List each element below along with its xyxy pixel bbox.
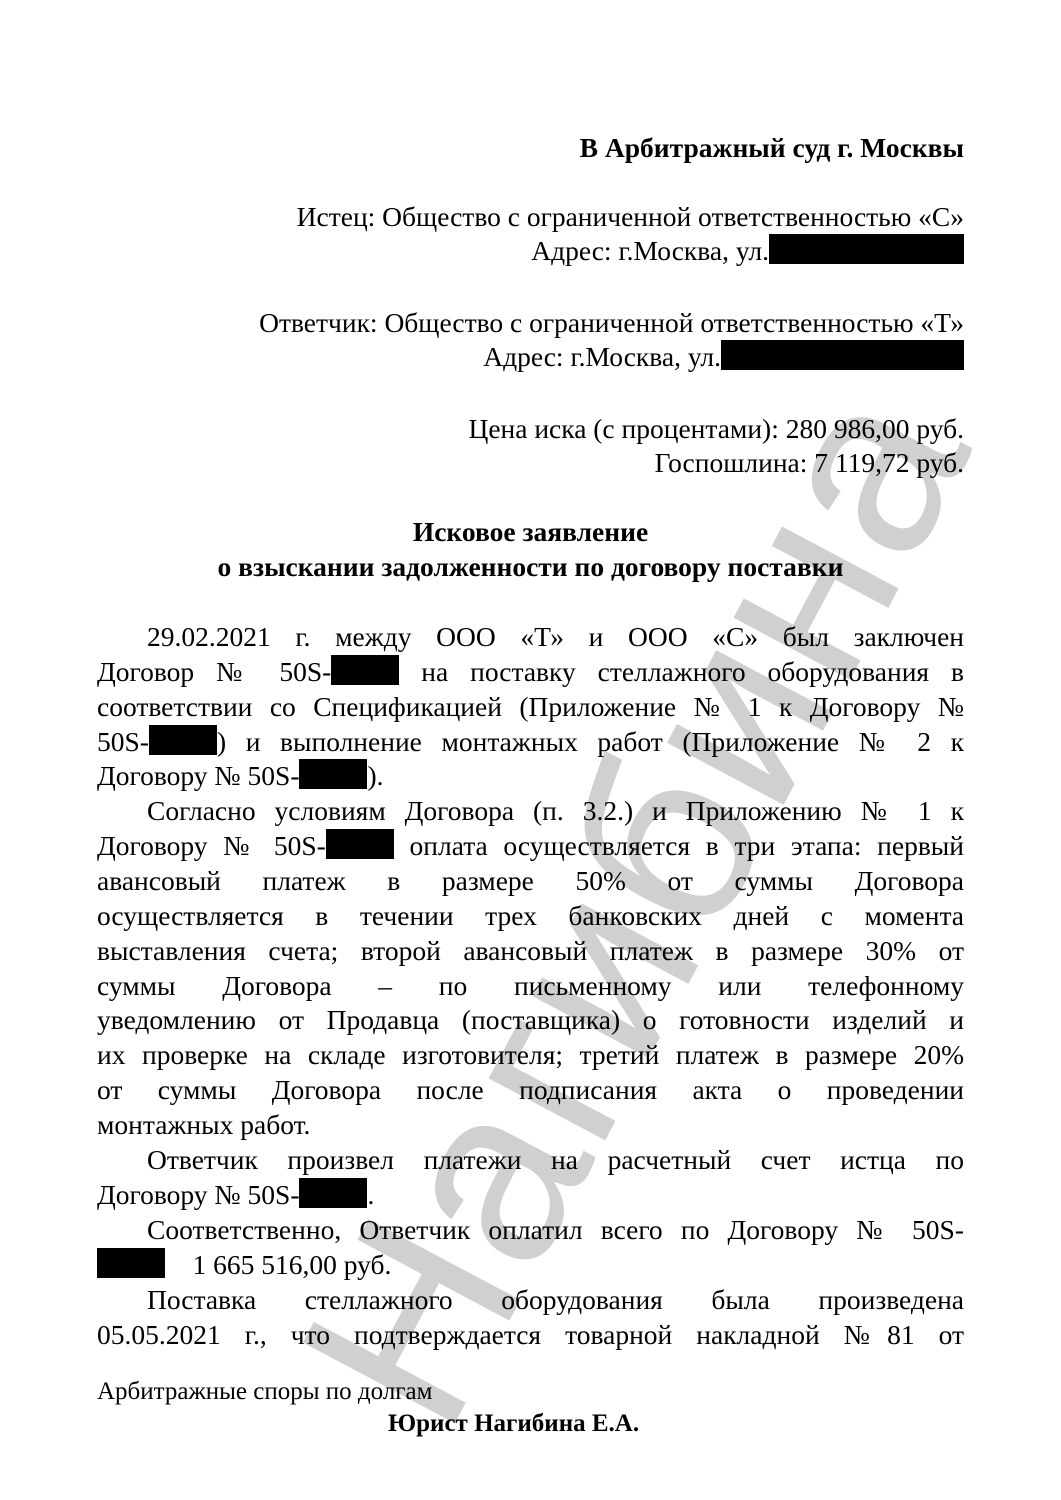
plaintiff-address: Адрес: г.Москва, ул. <box>531 234 964 268</box>
paragraph-line: Ответчик произвел платежи на расчетный с… <box>97 1143 964 1177</box>
state-fee: Госпошлина: 7 119,72 руб. <box>655 446 964 480</box>
paragraph-line: 05.05.2021 г., что подтверждается товарн… <box>97 1318 964 1352</box>
paragraph-line: осуществляется в течении трех банковских… <box>97 899 964 933</box>
document-title: Исковое заявление <box>0 515 1061 549</box>
redaction <box>721 340 964 370</box>
paragraph-line: авансовый платеж в размере 50% от суммы … <box>97 864 964 898</box>
defendant: Ответчик: Общество с ограниченной ответс… <box>259 306 964 340</box>
footer-service: Арбитражные споры по долгам <box>97 1375 432 1409</box>
paragraph-line: уведомлению от Продавца (поставщика) о г… <box>97 1003 964 1037</box>
paragraph-line: Договор № 50S- на поставку стеллажного о… <box>97 655 964 689</box>
paragraph-line: 29.02.2021 г. между ООО «Т» и ООО «С» бы… <box>97 620 964 654</box>
paragraph-line: их проверке на складе изготовителя; трет… <box>97 1038 964 1072</box>
redaction <box>149 725 217 755</box>
paragraph-line: от суммы Договора после подписания акта … <box>97 1073 964 1107</box>
paragraph-line: Договору № 50S- оплата осуществляется в … <box>97 829 964 863</box>
document-page: Нагибина В Арбитражный суд г. Москвы Ист… <box>0 0 1061 1500</box>
paragraph-line: 50S-) и выполнение монтажных работ (Прил… <box>97 725 964 759</box>
redaction <box>326 829 394 859</box>
paragraph-line: Договору № 50S-. <box>97 1178 964 1212</box>
paragraph-line: Поставка стеллажного оборудования была п… <box>97 1283 964 1317</box>
paragraph-line: Согласно условиям Договора (п. 3.2.) и П… <box>97 794 964 828</box>
document-subtitle: о взыскании задолженности по договору по… <box>0 550 1061 584</box>
redaction <box>769 234 964 264</box>
footer-signature: Юрист Нагибина Е.А. <box>388 1407 639 1441</box>
paragraph-line: выставления счета; второй авансовый плат… <box>97 934 964 968</box>
defendant-address: Адрес: г.Москва, ул. <box>483 340 964 374</box>
redaction <box>299 1178 367 1208</box>
paragraph-line: Соответственно, Ответчик оплатил всего п… <box>97 1213 964 1247</box>
paragraph-line: суммы Договора – по письменному или теле… <box>97 969 964 1003</box>
paragraph-line: 1 665 516,00 руб. <box>97 1248 964 1282</box>
redaction <box>331 655 399 685</box>
paragraph-line: Договору № 50S-). <box>97 759 964 793</box>
court-name: В Арбитражный суд г. Москвы <box>580 131 964 165</box>
paragraph-line: соответствии со Спецификацией (Приложени… <box>97 690 964 724</box>
redaction <box>97 1248 165 1278</box>
redaction <box>299 759 367 789</box>
paragraph-line: монтажных работ. <box>97 1108 964 1142</box>
claim-price: Цена иска (с процентами): 280 986,00 руб… <box>468 412 964 446</box>
plaintiff: Истец: Общество с ограниченной ответстве… <box>297 200 964 234</box>
